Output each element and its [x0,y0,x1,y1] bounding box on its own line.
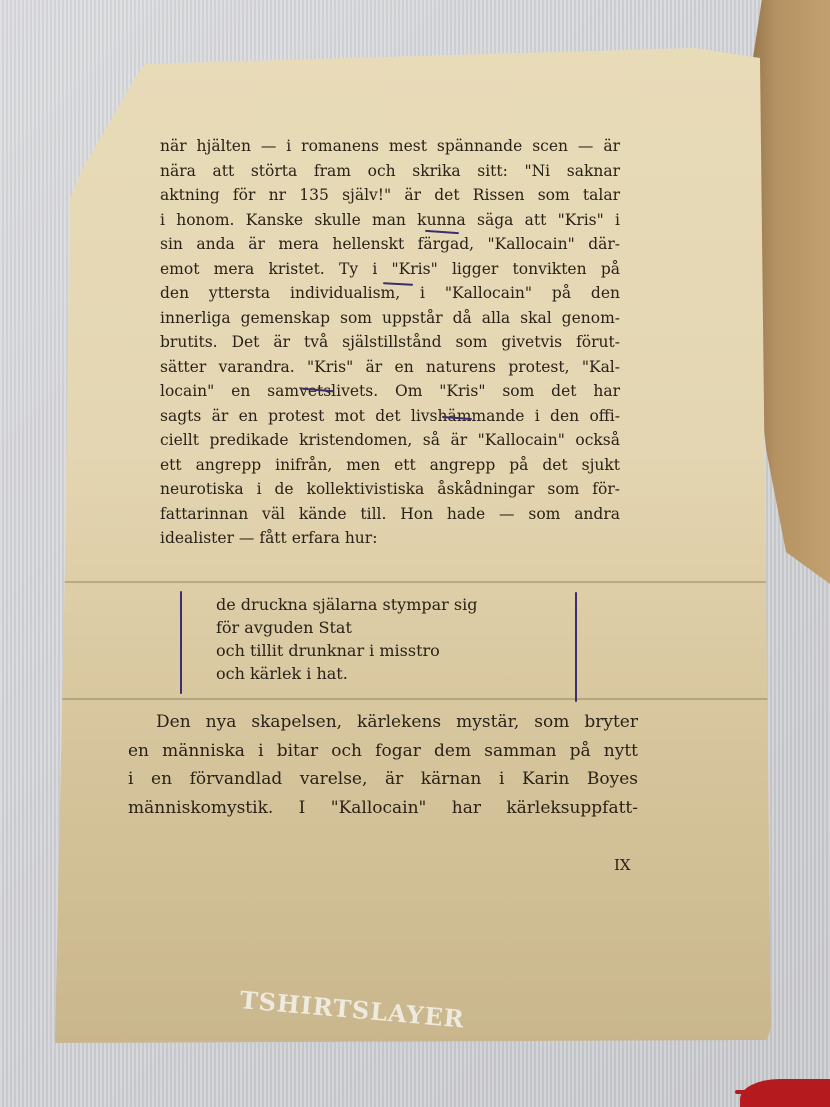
poem-line: för avguden Stat [216,616,477,639]
text-line: aktning för nr 135 själv!" är det Rissen… [160,183,620,208]
text-line: ciellt predikade kristendomen, så är "Ka… [160,428,620,453]
quoted-poem: de druckna själarna stympar sig för avgu… [216,593,477,685]
text-line: Den nya skapelsen, kärlekens mystär, som… [128,708,638,737]
text-line: sagts är en protest mot det livshämmande… [160,404,620,429]
text-line: neurotiska i de kollektivistiska åskådni… [160,477,620,502]
text-line: sätter varandra. "Kris" är en naturens p… [160,355,620,380]
text-line: locain" en samvetslivets. Om "Kris" som … [160,379,620,404]
paragraph-1: när hjälten — i romanens mest spännande … [160,134,620,551]
page-fold-line [55,581,773,583]
text-line: brutits. Det är två själstillstånd som g… [160,330,620,355]
page-fold-line [55,698,773,700]
text-line: den yttersta individualism, i "Kallocain… [160,281,620,306]
text-line: ett angrepp inifrån, men ett angrepp på … [160,453,620,478]
text-line: innerliga gemenskap som uppstår då alla … [160,306,620,331]
text-line: en människa i bitar och fogar dem samman… [128,737,638,766]
text-line: i honom. Kanske skulle man kunna säga at… [160,208,620,233]
text-line: när hjälten — i romanens mest spännande … [160,134,620,159]
text-line: fattarinnan väl kände till. Hon hade — s… [160,502,620,527]
red-print-fleck [790,1083,804,1087]
red-shirt-print [740,1079,830,1107]
text-line: nära att störta fram och skrika sitt: "N… [160,159,620,184]
poem-line: de druckna själarna stympar sig [216,593,477,616]
text-line: emot mera kristet. Ty i "Kris" ligger to… [160,257,620,282]
red-print-fleck [735,1090,753,1094]
text-line: i en förvandlad varelse, är kärnan i Kar… [128,765,638,794]
pen-bracket-right [575,592,577,702]
text-line: idealister — fått erfara hur: [160,526,620,551]
text-line: sin anda är mera hellenskt färgad, "Kall… [160,232,620,257]
poem-line: och kärlek i hat. [216,662,477,685]
pen-bracket-left [180,591,182,694]
page-number: IX [614,856,631,874]
poem-line: och tillit drunknar i misstro [216,639,477,662]
text-line: människomystik. I "Kallocain" har kärlek… [128,794,638,823]
paragraph-2: Den nya skapelsen, kärlekens mystär, som… [128,708,638,822]
